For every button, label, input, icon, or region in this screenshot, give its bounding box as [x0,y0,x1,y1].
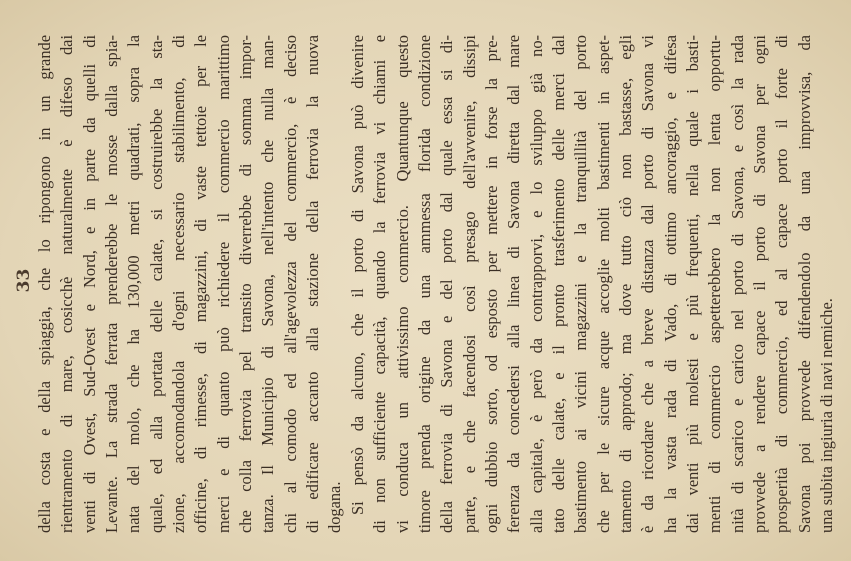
text-line: rientramento di mare, cosicchè naturalme… [56,35,78,533]
text-line: nità di scarico e carico nel porto di Sa… [727,35,749,533]
text-line: Levante. La strada ferrata prenderebbe l… [101,35,123,533]
text-line: quale, ed alla portata delle calate, si … [146,35,168,533]
text-line: della costa e della spiaggia, che lo rip… [34,35,56,533]
text-line: Savona poi provvede difendendolo da una … [794,35,816,533]
text-line: nata del molo, che ha 130,000 metri quad… [123,35,145,533]
text-line: provvede a rendere capace il porto di Sa… [749,35,771,533]
text-line: menti di commercio aspetterebbero la non… [704,35,726,533]
text-line: di non sufficiente capacità, quando la f… [369,35,391,533]
paragraph-1: della costa e della spiaggia, che lo rip… [34,35,347,533]
text-line: tamento di approdo; ma dove tutto ciò no… [615,35,637,533]
text-line: dai venti più molesti e più frequenti, n… [682,35,704,533]
page-body-text: della costa e della spiaggia, che lo rip… [34,35,838,533]
text-line: officine, di rimesse, di magazzini, di v… [190,35,212,533]
text-line: bastimento ai vicini magazzini e la tran… [570,35,592,533]
text-line: vi conduca un attivissimo commercio. Qua… [392,35,414,533]
text-line: alla capitale, è però da contrapporvi, e… [526,35,548,533]
text-line: di edificare accanto alla stazione della… [302,35,324,533]
text-line: che per le sicure acque accoglie molti b… [593,35,615,533]
text-line: zione, accomodandola d'ogni necessario s… [168,35,190,533]
text-line: che colla ferrovia pel transito diverreb… [235,35,257,533]
page-number: 33 [14,0,34,561]
text-line: ferenza da concedersi alla linea di Savo… [503,35,525,533]
scanned-page-background: 33 della costa e della spiaggia, che lo … [0,0,851,561]
text-line: dogana. [324,35,346,533]
text-line: è da ricordare che a breve distanza dal … [637,35,659,533]
text-line: ogni dubbio sorto, od esposto per metter… [481,35,503,533]
book-page: 33 della costa e della spiaggia, che lo … [0,0,851,561]
text-line: chi al comodo ed all'agevolezza del comm… [280,35,302,533]
text-line: una subita ingiuria di navi nemiche. [816,35,838,533]
text-line: ha la vasta rada di Vado, di ottimo anco… [660,35,682,533]
text-line: tanza. Il Municipio di Savona, nell'inte… [257,35,279,533]
text-line: timore prenda origine da una ammessa flo… [414,35,436,533]
paragraph-2: Si pensò da alcuno, che il porto di Savo… [347,35,839,533]
text-line: venti di Ovest, Sud-Ovest e Nord, e in p… [79,35,101,533]
text-line: Si pensò da alcuno, che il porto di Savo… [347,35,369,533]
text-line: della ferrovia di Savona e del porto dal… [436,35,458,533]
text-line: parte, e che facendosi così presago dell… [459,35,481,533]
text-line: tato delle calate, e il pronto trasferim… [548,35,570,533]
text-line: prosperità di commercio, ed al capace po… [771,35,793,533]
text-line: merci e di quanto può richiedere il comm… [213,35,235,533]
